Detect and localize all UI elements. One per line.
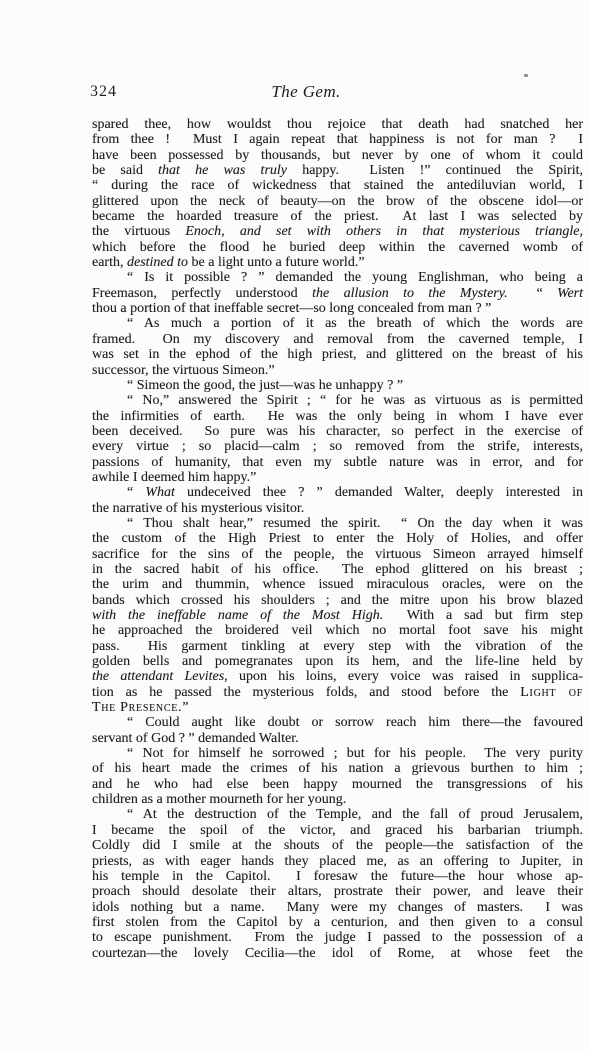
text-segment: servant of God ? ” demanded Walter.: [92, 731, 299, 746]
text-segment: the allusion to the Mystery.: [312, 286, 508, 301]
text-line: “ As much a portion of it as the breath …: [92, 316, 583, 331]
text-segment: spared thee, how wouldst thou rejoice th…: [92, 117, 583, 132]
text-segment: from thee ! Must I again repeat that hap…: [92, 132, 583, 147]
paragraph: “ As much a portion of it as the breath …: [92, 316, 583, 377]
text-line: proach should desolate their altars, pro…: [92, 884, 583, 899]
text-line: “ during the race of wickedness that sta…: [92, 178, 583, 193]
text-line: his temple in the Capitol. I foresaw the…: [92, 869, 583, 884]
text-segment: successor, the virtuous Simeon.”: [92, 363, 275, 378]
text-segment: with the ineffable name of the Most High…: [92, 608, 383, 623]
paragraph: spared thee, how wouldst thou rejoice th…: [92, 117, 583, 270]
text-line: “ Thou shalt hear,” resumed the spirit. …: [92, 516, 583, 531]
text-segment: thou a portion of that ineffable secret—…: [92, 301, 491, 316]
text-segment: have been possessed by thousands, but ne…: [92, 148, 583, 163]
text-segment: “: [127, 485, 145, 500]
text-line: passions of humanity, that even my subtl…: [92, 455, 583, 470]
paragraph: “ Is it possible ? ” demanded the young …: [92, 270, 583, 316]
text-segment: the virtuous: [92, 224, 185, 239]
text-line: Freemason, perfectly understood the allu…: [92, 286, 583, 301]
text-segment: glittered upon the neck of beauty—on the…: [92, 194, 583, 209]
text-line: from thee ! Must I again repeat that hap…: [92, 132, 583, 147]
text-line: pass. His garment tinkling at every step…: [92, 639, 583, 654]
text-segment: With a sad but firm step: [383, 608, 583, 623]
text-line: “ Could aught like doubt or sorrow reach…: [92, 715, 583, 730]
text-segment: and he who had else been happy mourned t…: [92, 777, 583, 792]
text-segment: “ Simeon the good, the just—was he unhap…: [127, 378, 403, 393]
scan-artifact: [524, 74, 528, 77]
text-line: Coldly did I smile at the shouts of the …: [92, 838, 583, 853]
text-line: every virtue ; so placid—calm ; so remov…: [92, 439, 583, 454]
paragraph: “ No,” answered the Spirit ; “ for he wa…: [92, 393, 583, 485]
text-line: “ Is it possible ? ” demanded the young …: [92, 270, 583, 285]
text-segment: first stolen from the Capitol by a centu…: [92, 915, 583, 930]
page-number: 324: [90, 83, 117, 101]
text-line: he approached the broidered veil which n…: [92, 623, 583, 638]
paragraph: “ Could aught like doubt or sorrow reach…: [92, 715, 583, 746]
text-line: became the hoarded treasure of the pries…: [92, 209, 583, 224]
book-page: 324 The Gem. spared thee, how wouldst th…: [0, 0, 590, 1050]
text-line: servant of God ? ” demanded Walter.: [92, 731, 583, 746]
text-line: have been possessed by thousands, but ne…: [92, 148, 583, 163]
text-segment: that he was truly: [158, 163, 287, 178]
paragraph: “ Not for himself he sorrowed ; but for …: [92, 746, 583, 807]
text-line: the virtuous Enoch, and set with others …: [92, 224, 583, 239]
text-line: been deceived. So pure was his character…: [92, 424, 583, 439]
text-line: I became the spoil of the victor, and gr…: [92, 823, 583, 838]
running-title: The Gem.: [271, 82, 340, 102]
text-segment: Light of: [520, 685, 583, 700]
text-line: glittered upon the neck of beauty—on the…: [92, 194, 583, 209]
text-line: first stolen from the Capitol by a centu…: [92, 915, 583, 930]
text-segment: “ At the destruction of the Temple, and …: [127, 807, 583, 822]
text-segment: tion as he passed the mysterious folds, …: [92, 685, 520, 700]
text-segment: children as a mother mourneth for her yo…: [92, 792, 346, 807]
text-segment: which before the flood he buried deep wi…: [92, 240, 583, 255]
text-segment: of his heart made the crimes of his nati…: [92, 761, 583, 776]
text-segment: upon his loins, every voice was raised i…: [228, 669, 583, 684]
text-line: awhile I deemed him happy.”: [92, 470, 583, 485]
text-line: to escape punishment. From the judge I p…: [92, 930, 583, 945]
text-line: was set in the ephod of the high priest,…: [92, 347, 583, 362]
text-line: of his heart made the crimes of his nati…: [92, 761, 583, 776]
text-segment: Freemason, perfectly understood: [92, 286, 312, 301]
text-segment: awhile I deemed him happy.”: [92, 470, 256, 485]
text-line: and he who had else been happy mourned t…: [92, 777, 583, 792]
text-line: the attendant Levites, upon his loins, e…: [92, 669, 583, 684]
paragraph: “ Simeon the good, the just—was he unhap…: [92, 378, 583, 393]
text-segment: the urim and thummin, whence issued mira…: [92, 577, 583, 592]
text-segment: every virtue ; so placid—calm ; so remov…: [92, 439, 583, 454]
text-line: earth, destined to be a light unto a fut…: [92, 255, 583, 270]
text-segment: Enoch, and set with others in that myste…: [185, 224, 583, 239]
text-line: the infirmities of earth. He was the onl…: [92, 409, 583, 424]
text-segment: “ As much a portion of it as the breath …: [127, 316, 583, 331]
text-line: priests, as with eager hands they placed…: [92, 854, 583, 869]
text-segment: idols nothing but a name. Many were my c…: [92, 900, 583, 915]
paragraph: “ What undeceived thee ? ” demanded Walt…: [92, 485, 583, 516]
text-segment: “ No,” answered the Spirit ; “ for he wa…: [127, 393, 583, 408]
text-line: with the ineffable name of the Most High…: [92, 608, 583, 623]
text-line: framed. On my discovery and removal from…: [92, 332, 583, 347]
text-segment: priests, as with eager hands they placed…: [92, 854, 583, 869]
text-segment: he approached the broidered veil which n…: [92, 623, 583, 638]
text-line: “ What undeceived thee ? ” demanded Walt…: [92, 485, 583, 500]
text-segment: earth,: [92, 255, 127, 270]
text-line: “ Simeon the good, the just—was he unhap…: [92, 378, 583, 393]
text-segment: passions of humanity, that even my subtl…: [92, 455, 583, 470]
text-segment: “: [508, 286, 557, 301]
text-segment: sacrifice for the sins of the people, th…: [92, 547, 583, 562]
text-segment: “ during the race of wickedness that sta…: [92, 178, 583, 193]
text-segment: been deceived. So pure was his character…: [92, 424, 583, 439]
text-line: which before the flood he buried deep wi…: [92, 240, 583, 255]
text-line: sacrifice for the sins of the people, th…: [92, 547, 583, 562]
text-line: “ At the destruction of the Temple, and …: [92, 807, 583, 822]
text-segment: “ Thou shalt hear,” resumed the spirit. …: [127, 516, 583, 531]
text-line: “ Not for himself he sorrowed ; but for …: [92, 746, 583, 761]
text-segment: the attendant Levites,: [92, 669, 228, 684]
text-segment: “ Is it possible ? ” demanded the young …: [127, 270, 583, 285]
text-line: the narrative of his mysterious visitor.: [92, 501, 583, 516]
paragraph: “ Thou shalt hear,” resumed the spirit. …: [92, 516, 583, 715]
text-line: golden bells and pomegranates upon its h…: [92, 654, 583, 669]
text-segment: The Presence.: [92, 700, 182, 715]
text-segment: framed. On my discovery and removal from…: [92, 332, 583, 347]
text-segment: proach should desolate their altars, pro…: [92, 884, 583, 899]
text-segment: courtezan—the lovely Cecilia—the idol of…: [92, 946, 583, 961]
text-line: the urim and thummin, whence issued mira…: [92, 577, 583, 592]
text-segment: his temple in the Capitol. I foresaw the…: [92, 869, 583, 884]
text-line: idols nothing but a name. Many were my c…: [92, 900, 583, 915]
text-segment: ”: [182, 700, 188, 715]
text-segment: pass. His garment tinkling at every step…: [92, 639, 583, 654]
text-segment: “ Could aught like doubt or sorrow reach…: [127, 715, 583, 730]
text-line: spared thee, how wouldst thou rejoice th…: [92, 117, 583, 132]
text-segment: the custom of the High Priest to enter t…: [92, 531, 583, 546]
text-segment: destined to: [127, 255, 188, 270]
text-segment: What: [145, 485, 175, 500]
text-segment: in the sacred habit of his office. The e…: [92, 562, 583, 577]
text-line: successor, the virtuous Simeon.”: [92, 363, 583, 378]
text-segment: happy. Listen !” continued the Spirit,: [287, 163, 583, 178]
text-segment: the infirmities of earth. He was the onl…: [92, 409, 583, 424]
text-segment: became the hoarded treasure of the pries…: [92, 209, 583, 224]
text-line: courtezan—the lovely Cecilia—the idol of…: [92, 946, 583, 961]
text-line: bands which crossed his shoulders ; and …: [92, 593, 583, 608]
text-line: the custom of the High Priest to enter t…: [92, 531, 583, 546]
paragraph: “ At the destruction of the Temple, and …: [92, 807, 583, 960]
text-segment: be a light unto a future world.”: [188, 255, 365, 270]
text-line: The Presence.”: [92, 700, 583, 715]
text-segment: Coldly did I smile at the shouts of the …: [92, 838, 583, 853]
text-segment: “ Not for himself he sorrowed ; but for …: [127, 746, 583, 761]
text-line: “ No,” answered the Spirit ; “ for he wa…: [92, 393, 583, 408]
text-segment: undeceived thee ? ” demanded Walter, dee…: [175, 485, 583, 500]
text-segment: to escape punishment. From the judge I p…: [92, 930, 583, 945]
text-block: spared thee, how wouldst thou rejoice th…: [92, 117, 583, 961]
text-line: be said that he was truly happy. Listen …: [92, 163, 583, 178]
text-segment: was set in the ephod of the high priest,…: [92, 347, 583, 362]
text-segment: bands which crossed his shoulders ; and …: [92, 593, 583, 608]
text-segment: be said: [92, 163, 158, 178]
text-line: tion as he passed the mysterious folds, …: [92, 685, 583, 700]
text-line: thou a portion of that ineffable secret—…: [92, 301, 583, 316]
text-line: in the sacred habit of his office. The e…: [92, 562, 583, 577]
text-line: children as a mother mourneth for her yo…: [92, 792, 583, 807]
text-segment: Wert: [557, 286, 583, 301]
text-segment: golden bells and pomegranates upon its h…: [92, 654, 583, 669]
text-segment: I became the spoil of the victor, and gr…: [92, 823, 583, 838]
text-segment: the narrative of his mysterious visitor.: [92, 501, 304, 516]
